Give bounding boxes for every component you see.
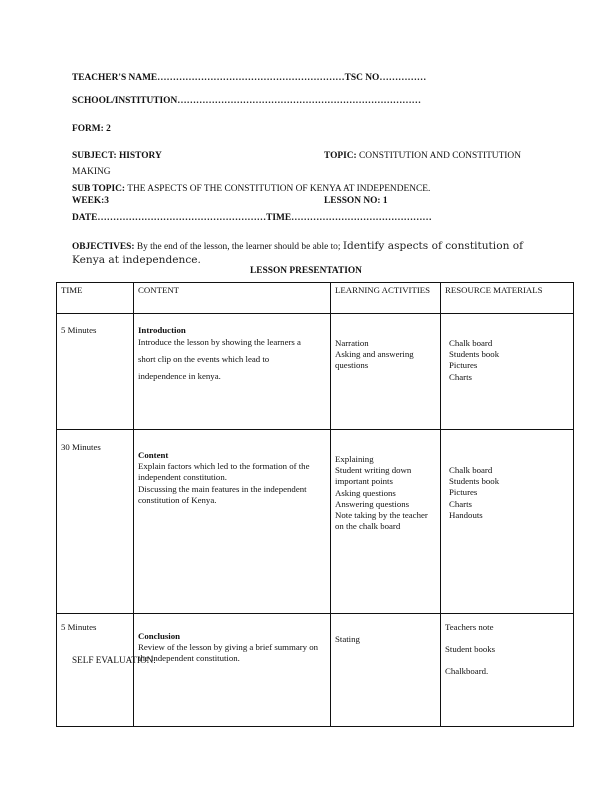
resource-item: Students book (449, 476, 569, 487)
activity-item: Note taking by the teacher on the chalk … (335, 510, 436, 532)
subject-label: SUBJECT: (72, 151, 117, 161)
subtopic-value: THE ASPECTS OF THE CONSTITUTION OF KENYA… (127, 184, 430, 194)
school-line: SCHOOL/INSTITUTION…………………………………………………………… (72, 96, 421, 107)
activities-cell: Stating (331, 614, 441, 727)
date-time-line: DATE………………………………………………TIME……………………………………… (72, 213, 432, 224)
week-line: WEEK:3 (72, 196, 109, 207)
time-field[interactable]: ……………………………………… (291, 213, 432, 223)
activity-item: Asking questions (335, 488, 436, 499)
self-evaluation-label: SELF EVALUATION: (72, 655, 156, 665)
table-row: 30 Minutes Content Explain factors which… (57, 430, 574, 614)
content-title: Introduction (138, 325, 326, 336)
topic-value: CONSTITUTION AND CONSTITUTION (359, 151, 521, 161)
form-label: FORM: (72, 124, 104, 134)
objective-text-1: Identify aspects of constitution of (343, 240, 523, 252)
resources-cell: Teachers note Student books Chalkboard. (441, 614, 574, 727)
resource-item: Chalkboard. (445, 666, 569, 677)
content-line: short clip on the events which lead to (138, 353, 326, 366)
teacher-name-field[interactable]: …………………………………………………… (157, 73, 345, 83)
week-value: 3 (104, 196, 109, 206)
date-label: DATE (72, 213, 97, 223)
column-header-content: CONTENT (134, 283, 331, 314)
resource-item: Students book (449, 349, 569, 360)
time-cell: 5 Minutes (57, 614, 134, 727)
lesson-no-value: 1 (383, 196, 388, 206)
column-header-learning-activities: LEARNING ACTIVITIES (331, 283, 441, 314)
table-header-row: TIME CONTENT LEARNING ACTIVITIES RESOURC… (57, 283, 574, 314)
topic-line: TOPIC: CONSTITUTION AND CONSTITUTION (324, 151, 521, 162)
lesson-no-label: LESSON NO: (324, 196, 381, 206)
content-title: Conclusion (138, 631, 326, 642)
objectives-intro: By the end of the lesson, the learner sh… (137, 242, 341, 252)
resource-item: Pictures (449, 360, 569, 371)
resource-item: Handouts (449, 510, 569, 521)
column-header-time: TIME (57, 283, 134, 314)
resources-cell: Chalk board Students book Pictures Chart… (441, 430, 574, 614)
content-line: Explain factors which led to the formati… (138, 461, 326, 483)
topic-continuation: MAKING (72, 167, 111, 178)
resource-item: Chalk board (449, 465, 569, 476)
content-cell: Introduction Introduce the lesson by sho… (134, 314, 331, 430)
resource-item: Chalk board (449, 338, 569, 349)
school-label: SCHOOL/INSTITUTION (72, 96, 177, 106)
tsc-label: TSC NO (345, 73, 380, 83)
resource-item: Charts (449, 372, 569, 383)
content-line: Review of the lesson by giving a brief s… (138, 642, 326, 664)
resource-item: Student books (445, 644, 569, 655)
tsc-field[interactable]: …………… (379, 73, 426, 83)
teacher-name-label: TEACHER'S NAME (72, 73, 157, 83)
subtopic-line: SUB TOPIC: THE ASPECTS OF THE CONSTITUTI… (72, 184, 430, 195)
objectives: OBJECTIVES: By the end of the lesson, th… (72, 240, 562, 268)
subject-line: SUBJECT: HISTORY (72, 151, 162, 162)
time-label: TIME (266, 213, 291, 223)
form-value: 2 (106, 124, 111, 134)
activities-cell: Narration Asking and answering questions (331, 314, 441, 430)
activity-item: Narration (335, 338, 436, 349)
lesson-no-line: LESSON NO: 1 (324, 196, 388, 207)
subtopic-label: SUB TOPIC: (72, 184, 125, 194)
resources-cell: Chalk board Students book Pictures Chart… (441, 314, 574, 430)
resource-item: Pictures (449, 487, 569, 498)
lesson-presentation-heading: LESSON PRESENTATION (0, 266, 612, 276)
activity-item: Student writing down important points (335, 465, 436, 487)
week-label: WEEK: (72, 196, 104, 206)
topic-label: TOPIC: (324, 151, 357, 161)
subject-value: HISTORY (119, 151, 162, 161)
content-cell: Content Explain factors which led to the… (134, 430, 331, 614)
activity-item: Answering questions (335, 499, 436, 510)
school-field[interactable]: …………………………………………………………………… (177, 96, 421, 106)
teacher-name-line: TEACHER'S NAME……………………………………………………TSC NO… (72, 73, 426, 84)
resource-item: Charts (449, 499, 569, 510)
content-line: Introduce the lesson by showing the lear… (138, 336, 326, 349)
table-row: 5 Minutes Introduction Introduce the les… (57, 314, 574, 430)
activity-item: Stating (335, 634, 436, 645)
form-line: FORM: 2 (72, 124, 111, 135)
time-cell: 30 Minutes (57, 430, 134, 614)
content-cell: Conclusion Review of the lesson by givin… (134, 614, 331, 727)
objective-text-2: Kenya at independence. (72, 254, 201, 266)
resource-item: Teachers note (445, 622, 569, 633)
column-header-resource-materials: RESOURCE MATERIALS (441, 283, 574, 314)
activity-item: Explaining (335, 454, 436, 465)
time-cell: 5 Minutes (57, 314, 134, 430)
date-field[interactable]: ……………………………………………… (97, 213, 266, 223)
activities-cell: Explaining Student writing down importan… (331, 430, 441, 614)
content-line: Discussing the main features in the inde… (138, 484, 326, 506)
activity-item: Asking and answering questions (335, 349, 436, 371)
content-title: Content (138, 450, 326, 461)
content-line: independence in kenya. (138, 370, 326, 383)
table-row: 5 Minutes Conclusion Review of the lesso… (57, 614, 574, 727)
objectives-label: OBJECTIVES: (72, 242, 135, 252)
